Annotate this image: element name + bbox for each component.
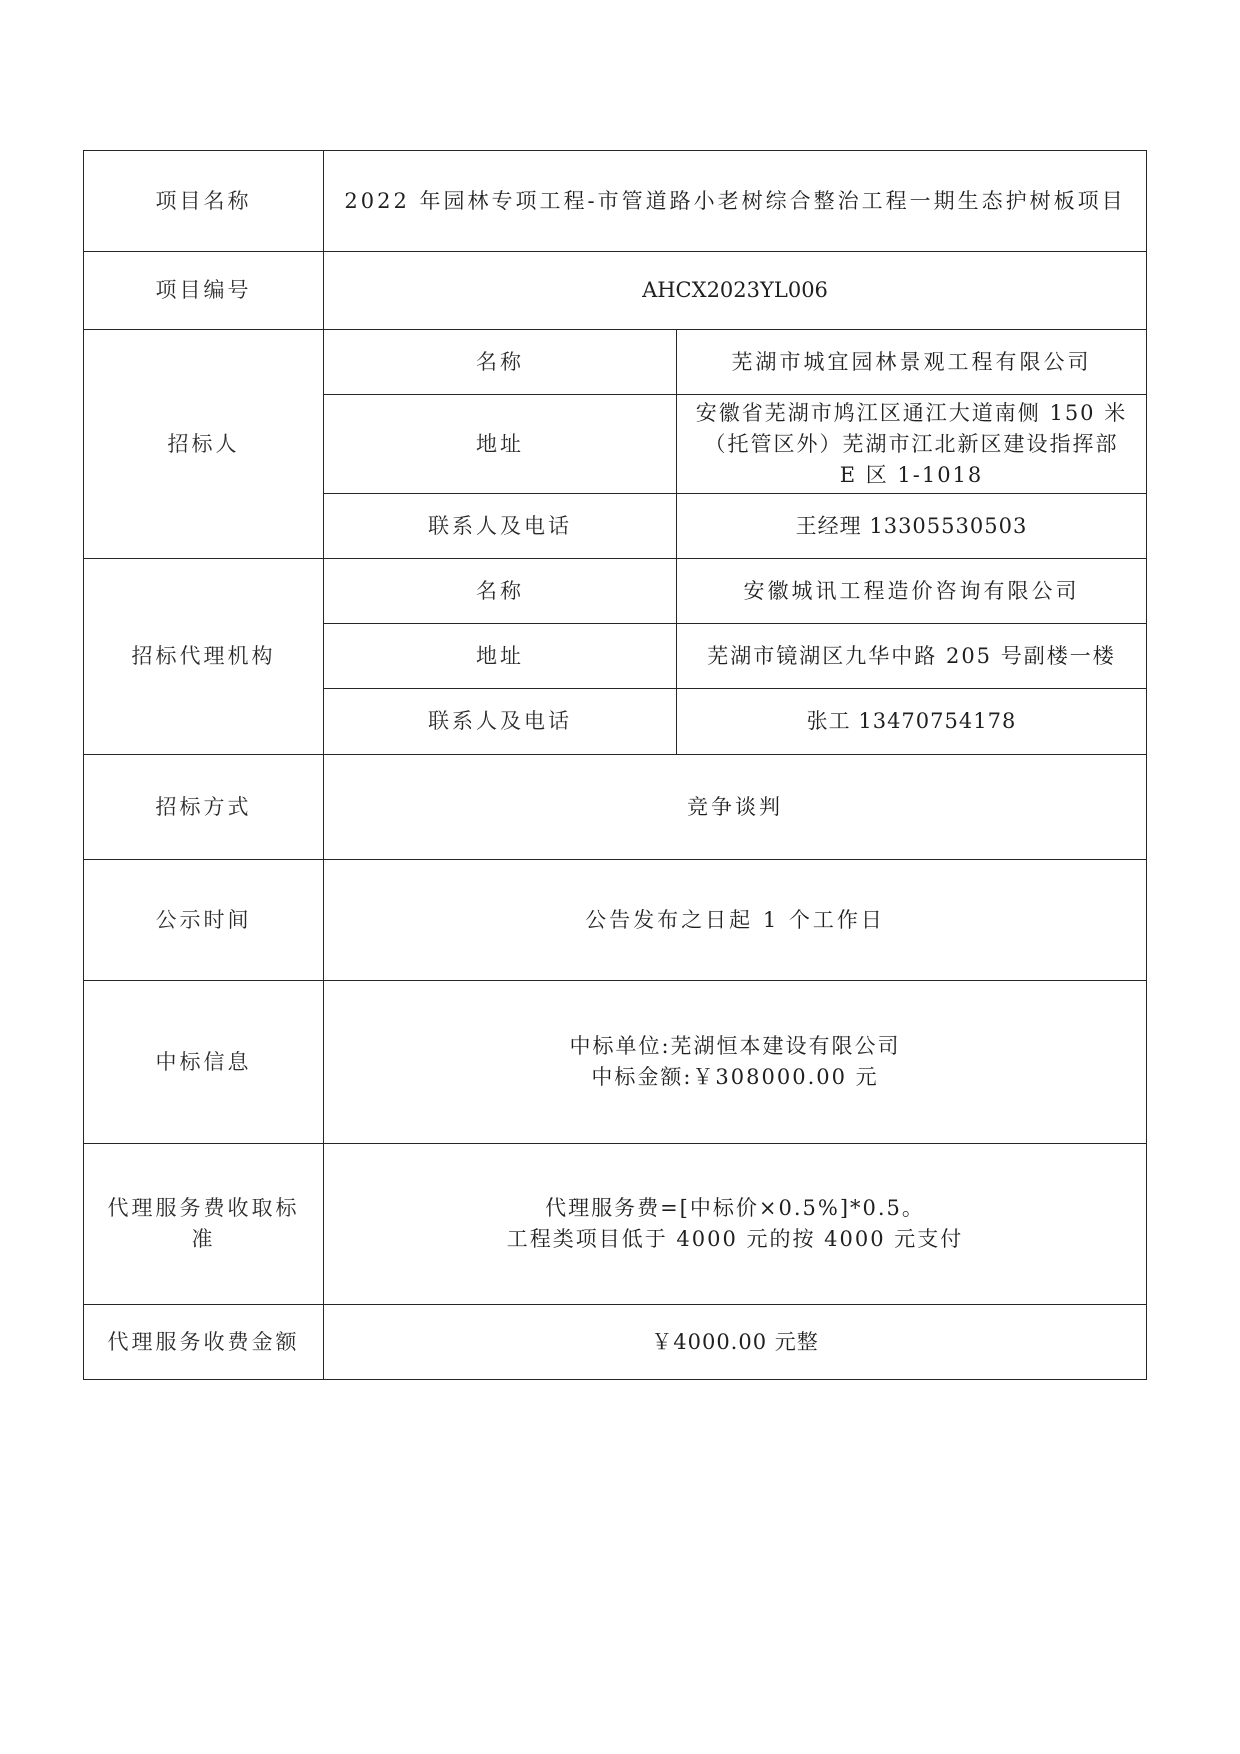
procurement-method-label: 招标方式 — [84, 755, 324, 860]
project-number-value: AHCX2023YL006 — [324, 252, 1147, 330]
row-publicity-period: 公示时间 公告发布之日起 1 个工作日 — [84, 860, 1147, 981]
tenderer-name-value: 芜湖市城宜园林景观工程有限公司 — [677, 330, 1147, 395]
row-agency-name: 招标代理机构 名称 安徽城讯工程造价咨询有限公司 — [84, 559, 1147, 624]
fee-amount-value: ￥4000.00 元整 — [324, 1305, 1147, 1380]
tenderer-label: 招标人 — [84, 330, 324, 559]
fee-formula: 代理服务费=[中标价×0.5%]*0.5。 — [330, 1193, 1140, 1224]
agency-contact-value: 张工 13470754178 — [677, 689, 1147, 755]
tenderer-address-value: 安徽省芜湖市鸠江区通江大道南侧 150 米 （托管区外）芜湖市江北新区建设指挥部… — [677, 395, 1147, 494]
project-name-value: 2022 年园林专项工程-市管道路小老树综合整治工程一期生态护树板项目 — [324, 151, 1147, 252]
row-fee-standard: 代理服务费收取标 准 代理服务费=[中标价×0.5%]*0.5。 工程类项目低于… — [84, 1144, 1147, 1305]
award-notice-table: 项目名称 2022 年园林专项工程-市管道路小老树综合整治工程一期生态护树板项目… — [83, 150, 1147, 1380]
fee-standard-value: 代理服务费=[中标价×0.5%]*0.5。 工程类项目低于 4000 元的按 4… — [324, 1144, 1147, 1305]
tenderer-address-line-1: 安徽省芜湖市鸠江区通江大道南侧 150 米 — [683, 398, 1140, 429]
award-info-value: 中标单位:芜湖恒本建设有限公司 中标金额:￥308000.00 元 — [324, 981, 1147, 1144]
fee-standard-label-line-2: 准 — [90, 1224, 317, 1255]
agency-name-label: 名称 — [324, 559, 677, 624]
winning-bidder: 中标单位:芜湖恒本建设有限公司 — [330, 1031, 1140, 1062]
tenderer-contact-label: 联系人及电话 — [324, 494, 677, 559]
tenderer-address-line-3: E 区 1-1018 — [683, 460, 1140, 491]
row-project-number: 项目编号 AHCX2023YL006 — [84, 252, 1147, 330]
publicity-period-value: 公告发布之日起 1 个工作日 — [324, 860, 1147, 981]
tenderer-contact-value: 王经理 13305530503 — [677, 494, 1147, 559]
agency-label: 招标代理机构 — [84, 559, 324, 755]
row-project-name: 项目名称 2022 年园林专项工程-市管道路小老树综合整治工程一期生态护树板项目 — [84, 151, 1147, 252]
project-name-label: 项目名称 — [84, 151, 324, 252]
tenderer-address-label: 地址 — [324, 395, 677, 494]
publicity-period-label: 公示时间 — [84, 860, 324, 981]
project-number-label: 项目编号 — [84, 252, 324, 330]
agency-address-value: 芜湖市镜湖区九华中路 205 号副楼一楼 — [677, 624, 1147, 689]
row-tenderer-name: 招标人 名称 芜湖市城宜园林景观工程有限公司 — [84, 330, 1147, 395]
procurement-method-value: 竞争谈判 — [324, 755, 1147, 860]
agency-name-value: 安徽城讯工程造价咨询有限公司 — [677, 559, 1147, 624]
row-procurement-method: 招标方式 竞争谈判 — [84, 755, 1147, 860]
fee-amount-label: 代理服务收费金额 — [84, 1305, 324, 1380]
agency-contact-label: 联系人及电话 — [324, 689, 677, 755]
fee-standard-label: 代理服务费收取标 准 — [84, 1144, 324, 1305]
fee-minimum-rule: 工程类项目低于 4000 元的按 4000 元支付 — [330, 1224, 1140, 1255]
award-info-label: 中标信息 — [84, 981, 324, 1144]
tenderer-name-label: 名称 — [324, 330, 677, 395]
agency-address-label: 地址 — [324, 624, 677, 689]
fee-standard-label-line-1: 代理服务费收取标 — [90, 1193, 317, 1224]
tenderer-address-line-2: （托管区外）芜湖市江北新区建设指挥部 — [683, 429, 1140, 460]
winning-amount: 中标金额:￥308000.00 元 — [330, 1062, 1140, 1093]
row-award-info: 中标信息 中标单位:芜湖恒本建设有限公司 中标金额:￥308000.00 元 — [84, 981, 1147, 1144]
row-fee-amount: 代理服务收费金额 ￥4000.00 元整 — [84, 1305, 1147, 1380]
